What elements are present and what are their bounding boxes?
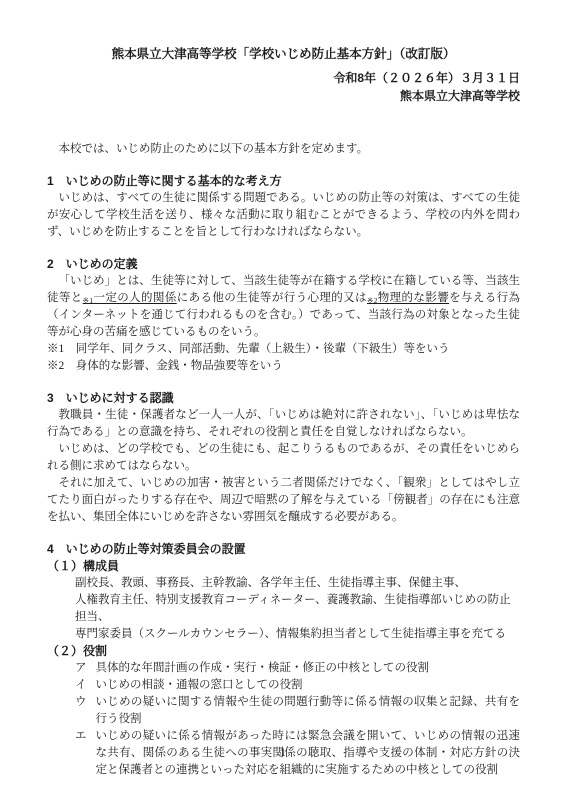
ref-marker-2: ※2 (367, 296, 377, 305)
role-text: いじめの相談・通報の窓口としての役割 (96, 677, 521, 694)
section-4-heading: 4 いじめの防止等対策委員会の設置 (47, 541, 520, 558)
note-line-2: ※2 身体的な影響、金銭・物品強要等をいう (47, 358, 520, 375)
section-definition: 2 いじめの定義 「いじめ」とは、生徒等に対して、当該生徒等が在籍する学校に在籍… (47, 256, 520, 375)
note-line-1: ※1 同学年、同クラス、同部活動、先輩（上級生）・後輩（下級生）等をいう (47, 341, 520, 358)
document-title: 熊本県立大津高等学校「学校いじめ防止基本方針」（改訂版） (47, 45, 520, 63)
definition-paragraph: 「いじめ」とは、生徒等に対して、当該生徒等が在籍する学校に在籍している等、当該生… (47, 273, 520, 341)
section-1-heading: 1 いじめの防止等に関する基本的な考え方 (47, 173, 520, 190)
role-item: ア 具体的な年間計画の作成・実行・検証・修正の中核としての役割 (75, 660, 520, 677)
section-3-paragraph-1: 教職員・生徒・保護者など一人一人が、「いじめは絶対に許されない」、「いじめは卑怯… (47, 407, 520, 441)
member-line: 人権教育主任、特別支援教育コーディネーター、養護教諭、生徒指導部いじめの防止担当… (75, 592, 520, 626)
role-item: ウ いじめの疑いに関する情報や生徒の問題行動等に係る情報の収集と記録、共有を行う… (75, 694, 520, 728)
definition-mid: にある他の生徒等が行う心理的又は (177, 292, 367, 304)
section-1-paragraph: いじめは、すべての生徒に関係する問題である。いじめの防止等の対策は、すべての生徒… (47, 190, 520, 241)
member-line: 専門家委員（スクールカウンセラー）、情報集約担当者として生徒指導主事を充てる (75, 626, 520, 643)
section-committee: 4 いじめの防止等対策委員会の設置 （１）構成員 副校長、教頭、事務長、主幹教諭… (47, 541, 520, 779)
document-page: 熊本県立大津高等学校「学校いじめ防止基本方針」（改訂版） 令和8年（２０２６年）… (0, 0, 566, 800)
section-2-heading: 2 いじめの定義 (47, 256, 520, 273)
role-item: イ いじめの相談・通報の窓口としての役割 (75, 677, 520, 694)
ref-marker-1: ※1 (83, 296, 93, 305)
section-3-paragraph-2: いじめは、どの学校でも、どの生徒にも、起こりうるものであるが、その責任をいじめら… (47, 441, 520, 475)
term-2-text: 物理的な影響 (377, 292, 449, 304)
section-3-heading: 3 いじめに対する認識 (47, 390, 520, 407)
role-text: いじめの疑いに関する情報や生徒の問題行動等に係る情報の収集と記録、共有を行う役割 (96, 694, 521, 728)
date-line: 令和8年（２０２６年）３月３１日 (47, 70, 520, 88)
term-1-text: 一定の人的関係 (93, 292, 177, 304)
role-label: イ (75, 677, 87, 694)
page-number: 1 (0, 745, 566, 762)
section-3-paragraph-3: それに加えて、いじめの加害・被害という二者関係だけでなく、「観衆」としてはやし立… (47, 475, 520, 526)
role-label: ウ (75, 694, 87, 728)
role-text: 具体的な年間計画の作成・実行・検証・修正の中核としての役割 (96, 660, 521, 677)
subsection-roles-heading: （２）役割 (47, 643, 520, 660)
document-header-right: 令和8年（２０２６年）３月３１日 熊本県立大津高等学校 (47, 70, 520, 105)
role-label: ア (75, 660, 87, 677)
members-list: 副校長、教頭、事務長、主幹教諭、各学年主任、生徒指導主事、保健主事、 人権教育主… (47, 575, 520, 643)
section-basic-policy: 1 いじめの防止等に関する基本的な考え方 いじめは、すべての生徒に関係する問題で… (47, 173, 520, 241)
section-recognition: 3 いじめに対する認識 教職員・生徒・保護者など一人一人が、「いじめは絶対に許さ… (47, 390, 520, 526)
intro-paragraph: 本校では、いじめ防止のために以下の基本方針を定めます。 (47, 141, 520, 158)
underlined-term-2: ※2物理的な影響 (367, 292, 449, 304)
subsection-members-heading: （１）構成員 (47, 558, 520, 575)
underlined-term-1: ※1一定の人的関係 (83, 292, 177, 304)
member-line: 副校長、教頭、事務長、主幹教諭、各学年主任、生徒指導主事、保健主事、 (75, 575, 520, 592)
school-name: 熊本県立大津高等学校 (47, 88, 520, 106)
